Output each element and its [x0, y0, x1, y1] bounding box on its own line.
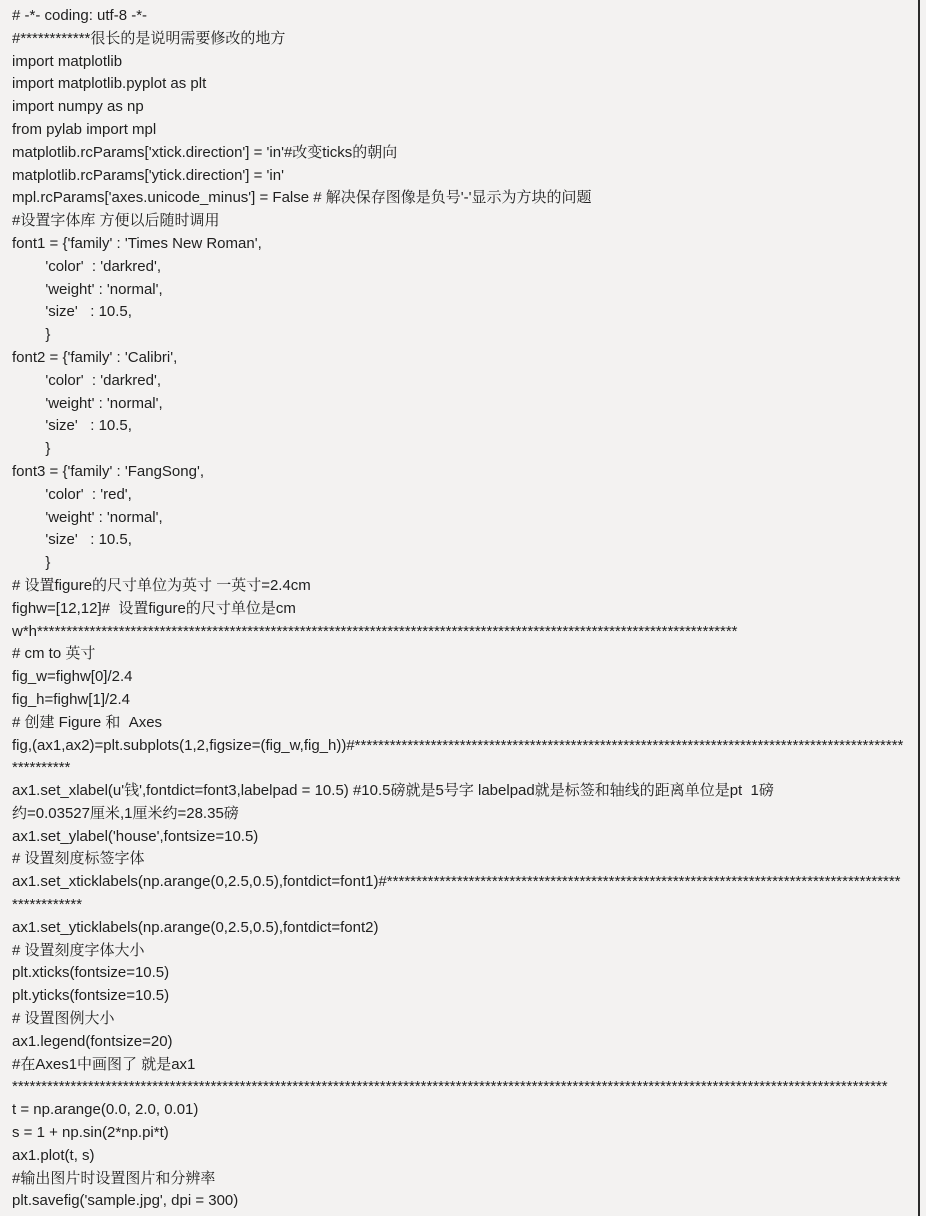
code-line: fig_h=fighw[1]/2.4	[12, 689, 910, 712]
code-line: 'weight' : 'normal',	[12, 393, 910, 416]
code-line: ax1.set_yticklabels(np.arange(0,2.5,0.5)…	[12, 917, 910, 940]
code-line: **********	[12, 757, 910, 780]
code-line: ax1.set_ylabel('house',fontsize=10.5)	[12, 826, 910, 849]
code-line: 'color' : 'darkred',	[12, 370, 910, 393]
code-line: matplotlib.rcParams['ytick.direction'] =…	[12, 165, 910, 188]
code-line: w*h*************************************…	[12, 621, 910, 644]
code-line: #在Axes1中画图了 就是ax1	[12, 1054, 910, 1077]
code-line: 约=0.03527厘米,1厘米约=28.35磅	[12, 803, 910, 826]
code-line: t = np.arange(0.0, 2.0, 0.01)	[12, 1099, 910, 1122]
code-line: ************	[12, 894, 910, 917]
code-line: import numpy as np	[12, 96, 910, 119]
code-line: }	[12, 552, 910, 575]
code-line: # cm to 英寸	[12, 643, 910, 666]
code-line: # 设置刻度标签字体	[12, 848, 910, 871]
code-line: plt.savefig('sample.jpg', dpi = 300)	[12, 1190, 910, 1213]
code-line: ax1.legend(fontsize=20)	[12, 1031, 910, 1054]
code-line: font1 = {'family' : 'Times New Roman',	[12, 233, 910, 256]
code-line: from pylab import mpl	[12, 119, 910, 142]
code-line: import matplotlib	[12, 51, 910, 74]
code-listing: # -*- coding: utf-8 -*-#************很长的是…	[12, 5, 910, 1216]
code-line: font3 = {'family' : 'FangSong',	[12, 461, 910, 484]
code-line: mpl.rcParams['axes.unicode_minus'] = Fal…	[12, 187, 910, 210]
code-line: fighw=[12,12]# 设置figure的尺寸单位是cm	[12, 598, 910, 621]
code-line: 'color' : 'red',	[12, 484, 910, 507]
code-line: 'color' : 'darkred',	[12, 256, 910, 279]
code-line: s = 1 + np.sin(2*np.pi*t)	[12, 1122, 910, 1145]
code-line: import matplotlib.pyplot as plt	[12, 73, 910, 96]
code-line: #************很长的是说明需要修改的地方	[12, 28, 910, 51]
code-line: # 设置刻度字体大小	[12, 940, 910, 963]
code-line: ax1.plot(t, s)	[12, 1145, 910, 1168]
code-line: ****************************************…	[12, 1076, 910, 1099]
code-line: 'size' : 10.5,	[12, 415, 910, 438]
code-line: 'weight' : 'normal',	[12, 279, 910, 302]
code-line: plt.yticks(fontsize=10.5)	[12, 985, 910, 1008]
code-line: plt.xticks(fontsize=10.5)	[12, 962, 910, 985]
code-line: matplotlib.rcParams['xtick.direction'] =…	[12, 142, 910, 165]
right-edge-rule	[918, 0, 920, 1216]
code-line: 'weight' : 'normal',	[12, 507, 910, 530]
code-line: # 设置figure的尺寸单位为英寸 一英寸=2.4cm	[12, 575, 910, 598]
code-line: fig,(ax1,ax2)=plt.subplots(1,2,figsize=(…	[12, 735, 910, 758]
code-line: # -*- coding: utf-8 -*-	[12, 5, 910, 28]
code-line: }	[12, 438, 910, 461]
document-page: { "colors": { "background": "#f3f2f1", "…	[0, 0, 926, 1216]
code-line: #设置字体库 方便以后随时调用	[12, 210, 910, 233]
code-line: ax1.set_xlabel(u'钱',fontdict=font3,label…	[12, 780, 910, 803]
code-line: 'size' : 10.5,	[12, 301, 910, 324]
code-line: 'size' : 10.5,	[12, 529, 910, 552]
code-line: #输出图片时设置图片和分辨率	[12, 1168, 910, 1191]
code-line: # 创建 Figure 和 Axes	[12, 712, 910, 735]
code-line: font2 = {'family' : 'Calibri',	[12, 347, 910, 370]
code-line: }	[12, 324, 910, 347]
code-line: fig_w=fighw[0]/2.4	[12, 666, 910, 689]
code-line: ax1.set_xticklabels(np.arange(0,2.5,0.5)…	[12, 871, 910, 894]
code-line: # 设置图例大小	[12, 1008, 910, 1031]
